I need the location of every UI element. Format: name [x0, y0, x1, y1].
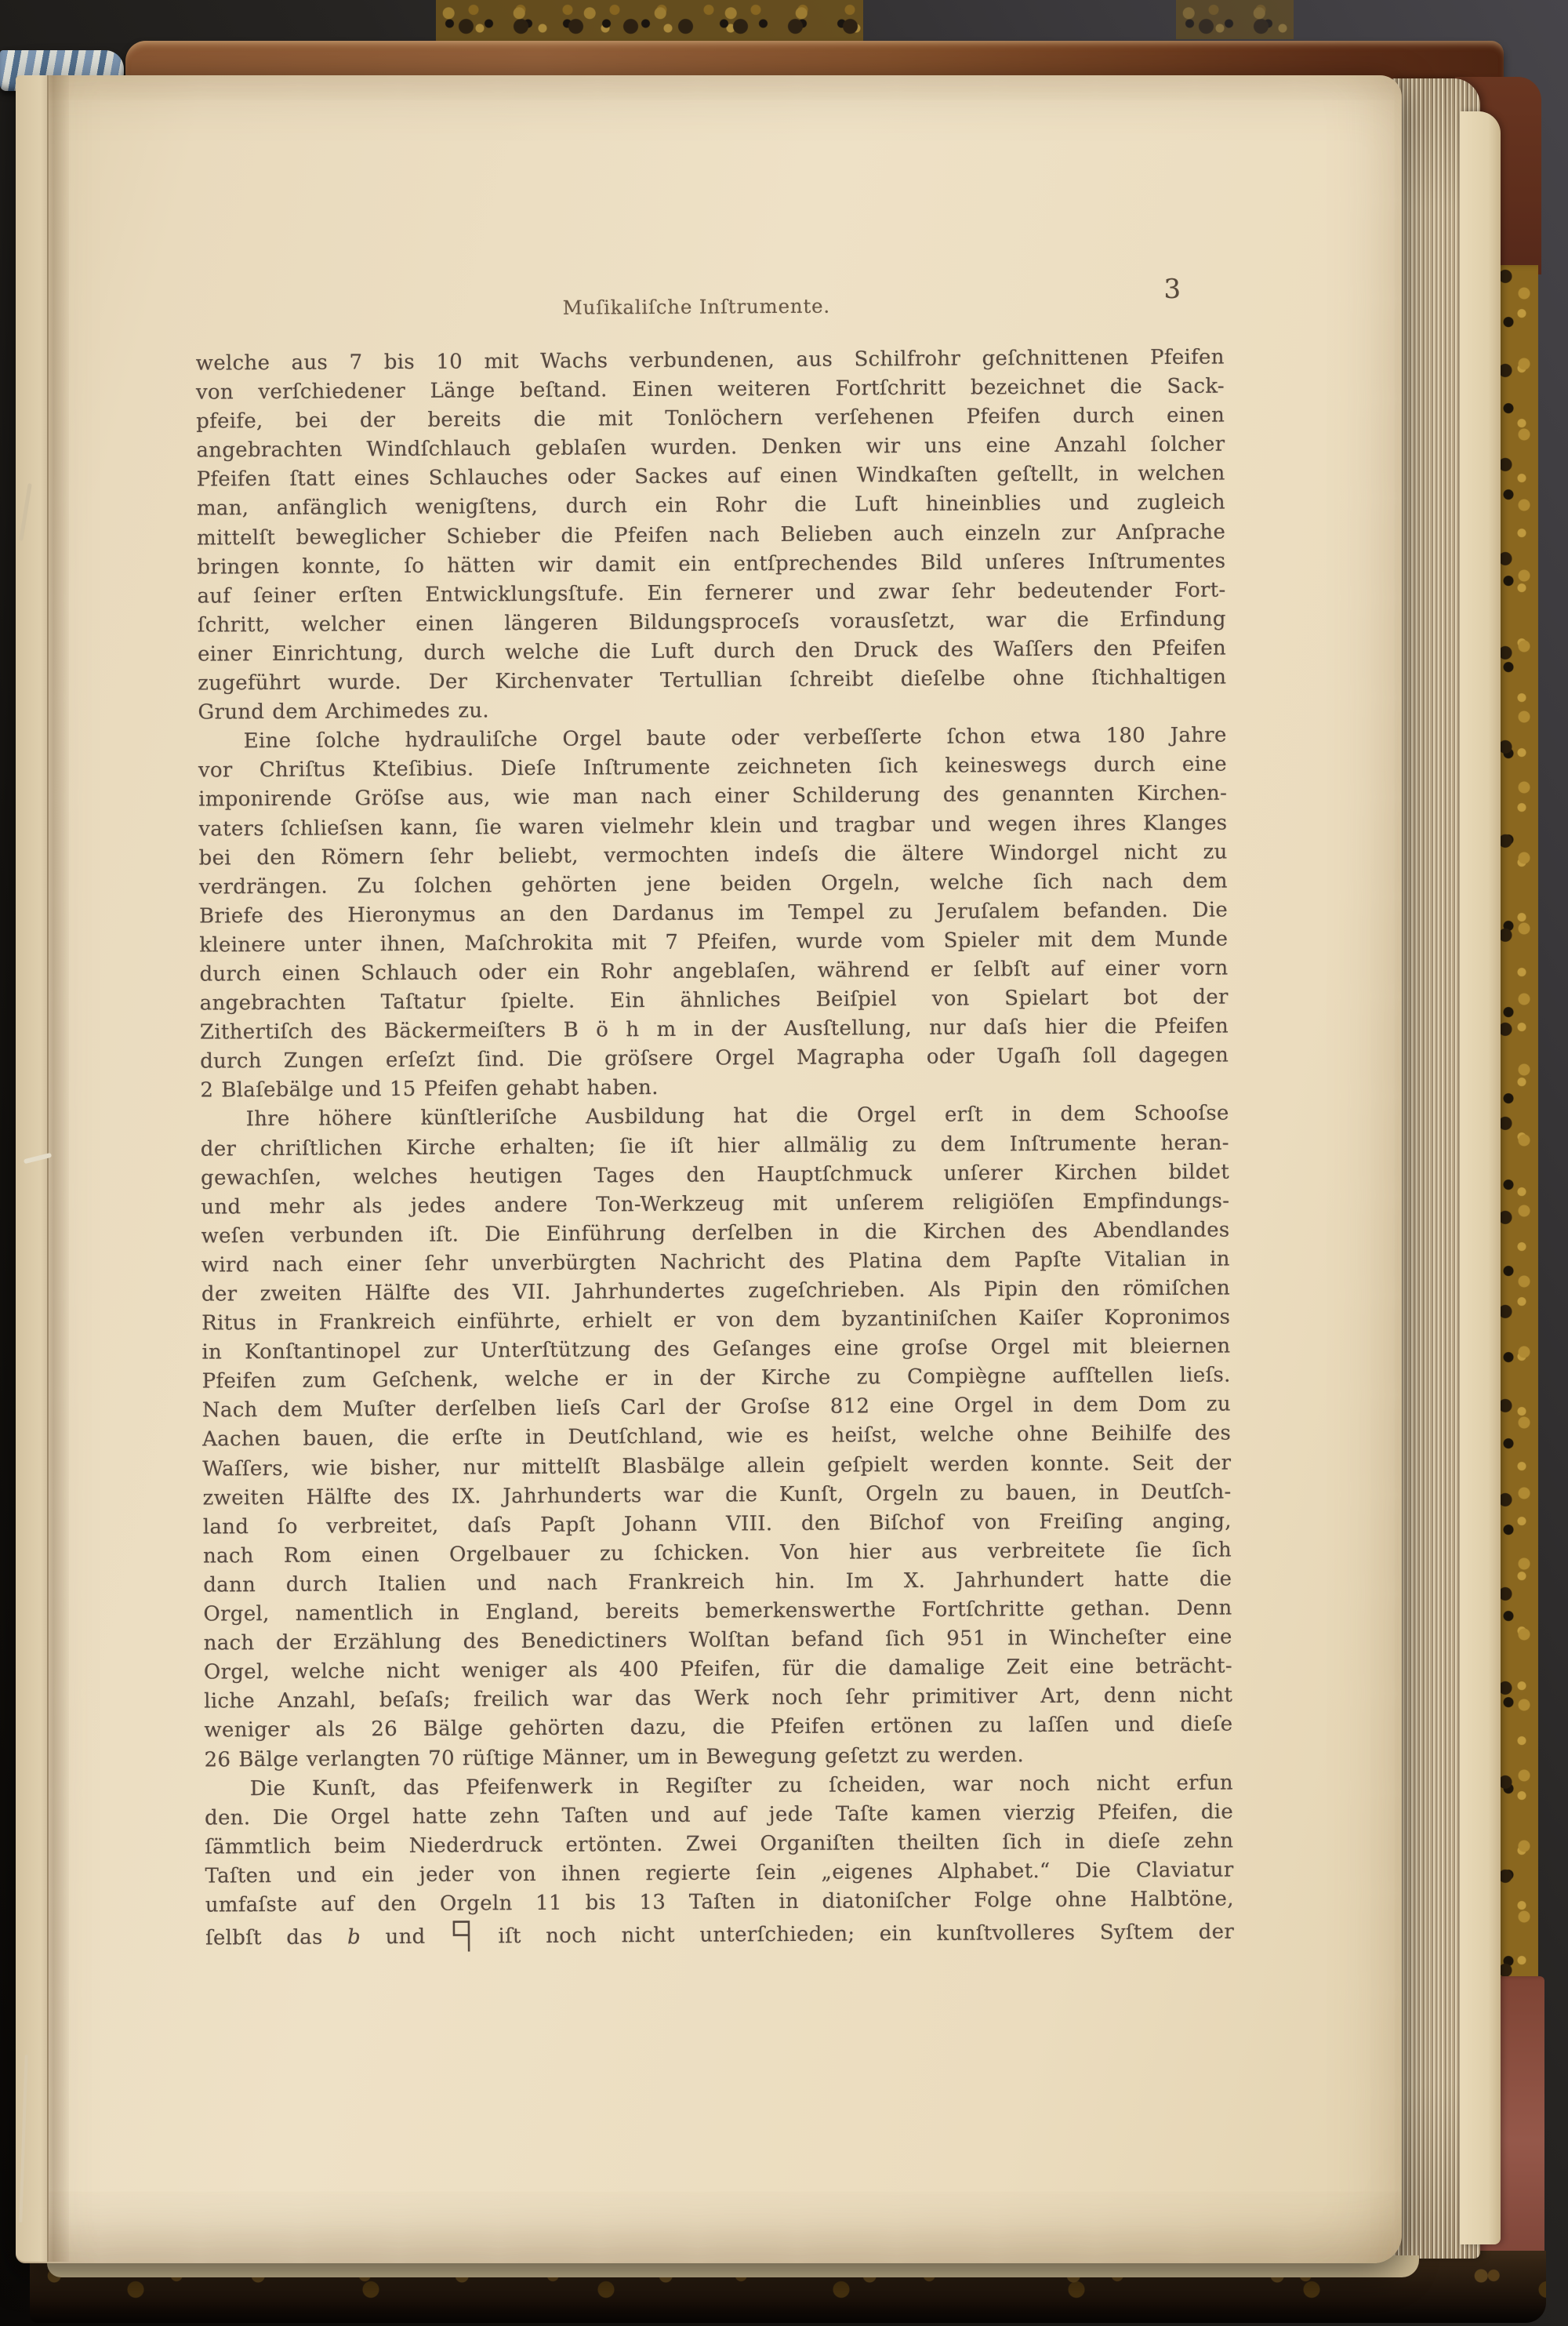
b-quadratum-symbol: [452, 1919, 471, 1953]
running-title: Muſikaliſche Inſtrumente.: [474, 294, 918, 319]
printed-layer: Muſikaliſche Inſtrumente. 3 welche aus 7…: [0, 0, 1568, 2326]
text-fragment: ſelbſt das: [205, 1925, 347, 1950]
text-fragment: und: [361, 1925, 450, 1950]
text-block: welche aus 7 bis 10 mit Wachs verbundene…: [196, 343, 1234, 1950]
text-fragment: iſt noch nicht unterſchieden; ein kunſtv…: [474, 1921, 1234, 1949]
b-rotundum-symbol: b: [347, 1925, 361, 1949]
text-line-last: ſelbſt das b und iſt noch nicht unterſch…: [205, 1914, 1234, 1950]
page-number: 3: [1147, 274, 1197, 305]
